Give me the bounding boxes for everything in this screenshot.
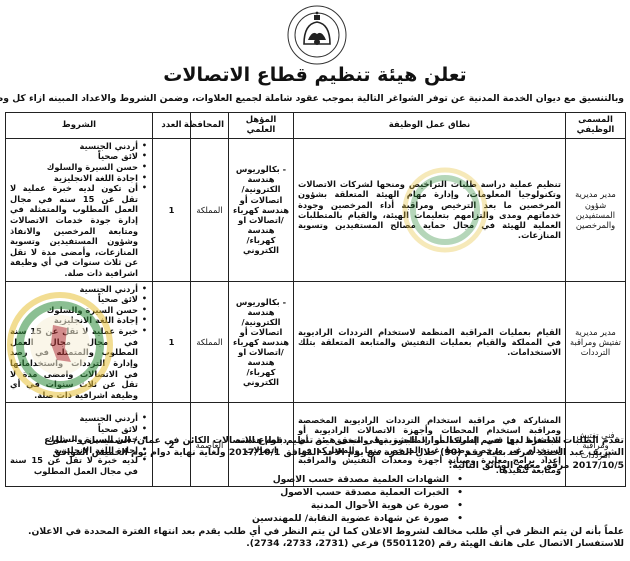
condition-item: أردني الجنسية <box>10 141 138 152</box>
job-governorate: المملكة <box>191 281 229 403</box>
table-header-row: المسمى الوظيفي نطاق عمل الوظيفة المؤهل ا… <box>6 113 626 139</box>
document-item: صورة عن هوية الأحوال المدنية <box>6 499 449 512</box>
condition-item: أردني الجنسية <box>10 413 138 424</box>
intro-text: وبالتنسيق مع ديوان الخدمة المدنية عن توف… <box>6 93 624 104</box>
condition-item: أردني الجنسية <box>10 284 138 295</box>
job-conditions: أردني الجنسية لائق صحياً حسن السيرة والس… <box>6 281 153 403</box>
header-conditions: الشروط <box>6 113 153 139</box>
required-documents-list: الشهادات العلمية مصدقة حسب الاصول الخبرا… <box>6 473 624 525</box>
note-text: علماً بأنه لن يتم النظر في أي طلب مخالف … <box>6 526 624 538</box>
application-instructions: تقدم الطلبات مباشرة لدى قسم إدارة الموار… <box>6 435 624 550</box>
condition-item: لائق صحياً <box>10 151 138 162</box>
jobs-table: المسمى الوظيفي نطاق عمل الوظيفة المؤهل ا… <box>5 112 626 487</box>
job-count: 1 <box>153 138 191 281</box>
condition-item: حسن السيرة والسلوك <box>10 162 138 173</box>
header-governorate: المحافظة <box>191 113 229 139</box>
contact-text: للاستفسار الاتصال على هاتف الهيئة رقم (5… <box>6 538 624 550</box>
page-title: تعلن هيئة تنظيم قطاع الاتصالات <box>0 64 630 86</box>
header-title: المسمى الوظيفي <box>566 113 626 139</box>
header-qualification: المؤهل العلمي <box>229 113 294 139</box>
job-title: مدير مديرية تفتيش ومراقبة الترددات <box>566 281 626 403</box>
job-qualification: - بكالوريوس هندسة الكترونية/ اتصالات أو … <box>229 281 294 403</box>
trc-jordan-crest-icon <box>286 4 348 66</box>
application-text: تقدم الطلبات مباشرة لدى قسم إدارة الموار… <box>6 435 624 472</box>
condition-item: حسن السيرة والسلوك <box>10 305 138 316</box>
job-conditions: أردني الجنسية لائق صحياً حسن السيرة والس… <box>6 138 153 281</box>
table-row: مدير مديرية شؤون المستفيدين والمرخصين تن… <box>6 138 626 281</box>
job-scope: القيام بعمليات المراقبة المنظمة لاستخدام… <box>294 281 566 403</box>
job-governorate: المملكة <box>191 138 229 281</box>
job-count: 1 <box>153 281 191 403</box>
job-scope: تنظيم عملية دراسة طلبات التراخيص ومنحها … <box>294 138 566 281</box>
condition-item: اجادة اللغة الانجليزية <box>10 173 138 184</box>
table-row: مدير مديرية تفتيش ومراقبة الترددات القيا… <box>6 281 626 403</box>
document-item: الشهادات العلمية مصدقة حسب الاصول <box>6 473 449 486</box>
job-qualification: - بكالوريوس هندسة الكترونية/ اتصالات أو … <box>229 138 294 281</box>
condition-item: لائق صحياً <box>10 294 138 305</box>
job-title: مدير مديرية شؤون المستفيدين والمرخصين <box>566 138 626 281</box>
condition-item: لائق صحياً <box>10 424 138 435</box>
document-item: صورة عن شهادة عضوية النقابة/ للمهندسين <box>6 512 449 525</box>
condition-item: خبرة عملية لا تقل عن 15 سنة في مجال مجال… <box>10 326 138 400</box>
header-scope: نطاق عمل الوظيفة <box>294 113 566 139</box>
condition-item: أن تكون لديه خبرة عملية لا تقل عن 15 سنه… <box>10 183 138 278</box>
condition-item: إجادة اللغة الانجليزية <box>10 315 138 326</box>
document-item: الخبرات العملية مصدقة حسب الاصول <box>6 486 449 499</box>
